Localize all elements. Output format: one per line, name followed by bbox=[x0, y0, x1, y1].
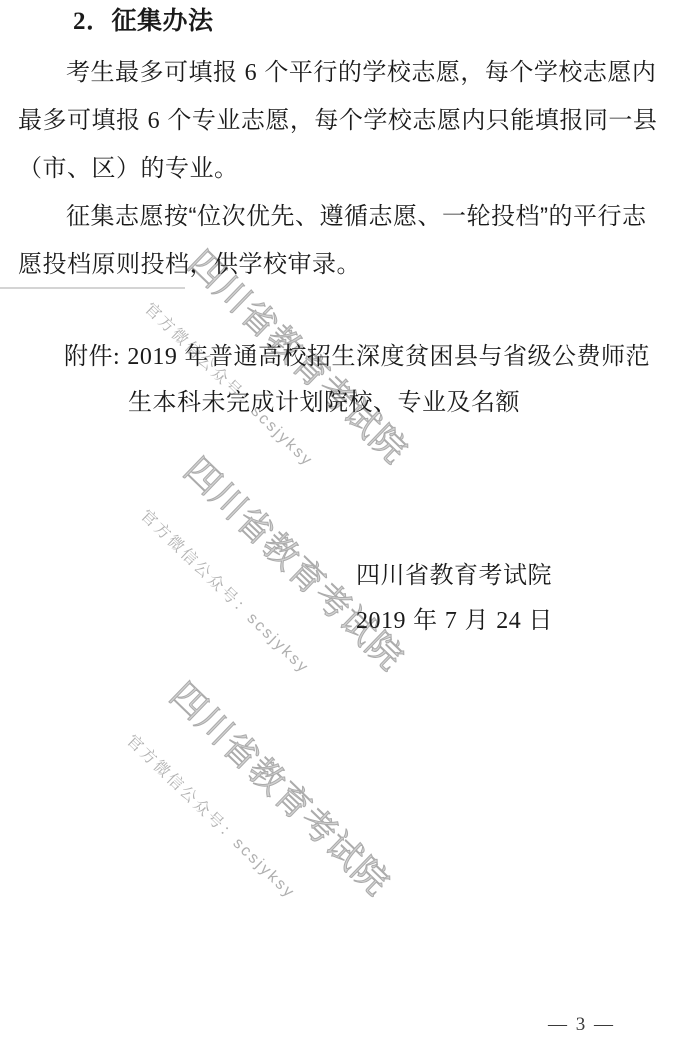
signature-issuer: 四川省教育考试院 bbox=[356, 560, 552, 591]
attachment-line: 附件: 2019 年普通高校招生深度贫困县与省级公费师范 bbox=[64, 341, 650, 373]
watermark-subtitle: 官方微信公众号：scsjyksy bbox=[136, 507, 356, 720]
paragraph-line: 愿投档原则投档，供学校审录。 bbox=[18, 249, 361, 280]
document-page: 四川省教育考试院 官方微信公众号：scsjyksy 四川省教育考试院 官方微信公… bbox=[0, 0, 680, 1049]
paragraph-line: 考生最多可填报 6 个平行的学校志愿，每个学校志愿内 bbox=[66, 57, 656, 89]
section-heading: 2．征集办法 bbox=[73, 6, 214, 37]
watermark-title: 四川省教育考试院 bbox=[163, 676, 396, 903]
paragraph-line: （市、区）的专业。 bbox=[18, 153, 239, 184]
watermark-subtitle: 官方微信公众号：scsjyksy bbox=[122, 732, 342, 945]
paragraph-line: 征集志愿按“位次优先、遵循志愿、一轮投档”的平行志 bbox=[66, 201, 646, 232]
scan-artifact-line bbox=[0, 287, 185, 289]
paragraph-line: 最多可填报 6 个专业志愿，每个学校志愿内只能填报同一县 bbox=[18, 105, 657, 137]
signature-date: 2019 年 7 月 24 日 bbox=[356, 605, 553, 637]
attachment-line: 生本科未完成计划院校、专业及名额 bbox=[128, 387, 520, 418]
page-number: — 3 — bbox=[548, 1014, 615, 1036]
watermark: 四川省教育考试院 官方微信公众号：scsjyksy bbox=[97, 650, 421, 971]
